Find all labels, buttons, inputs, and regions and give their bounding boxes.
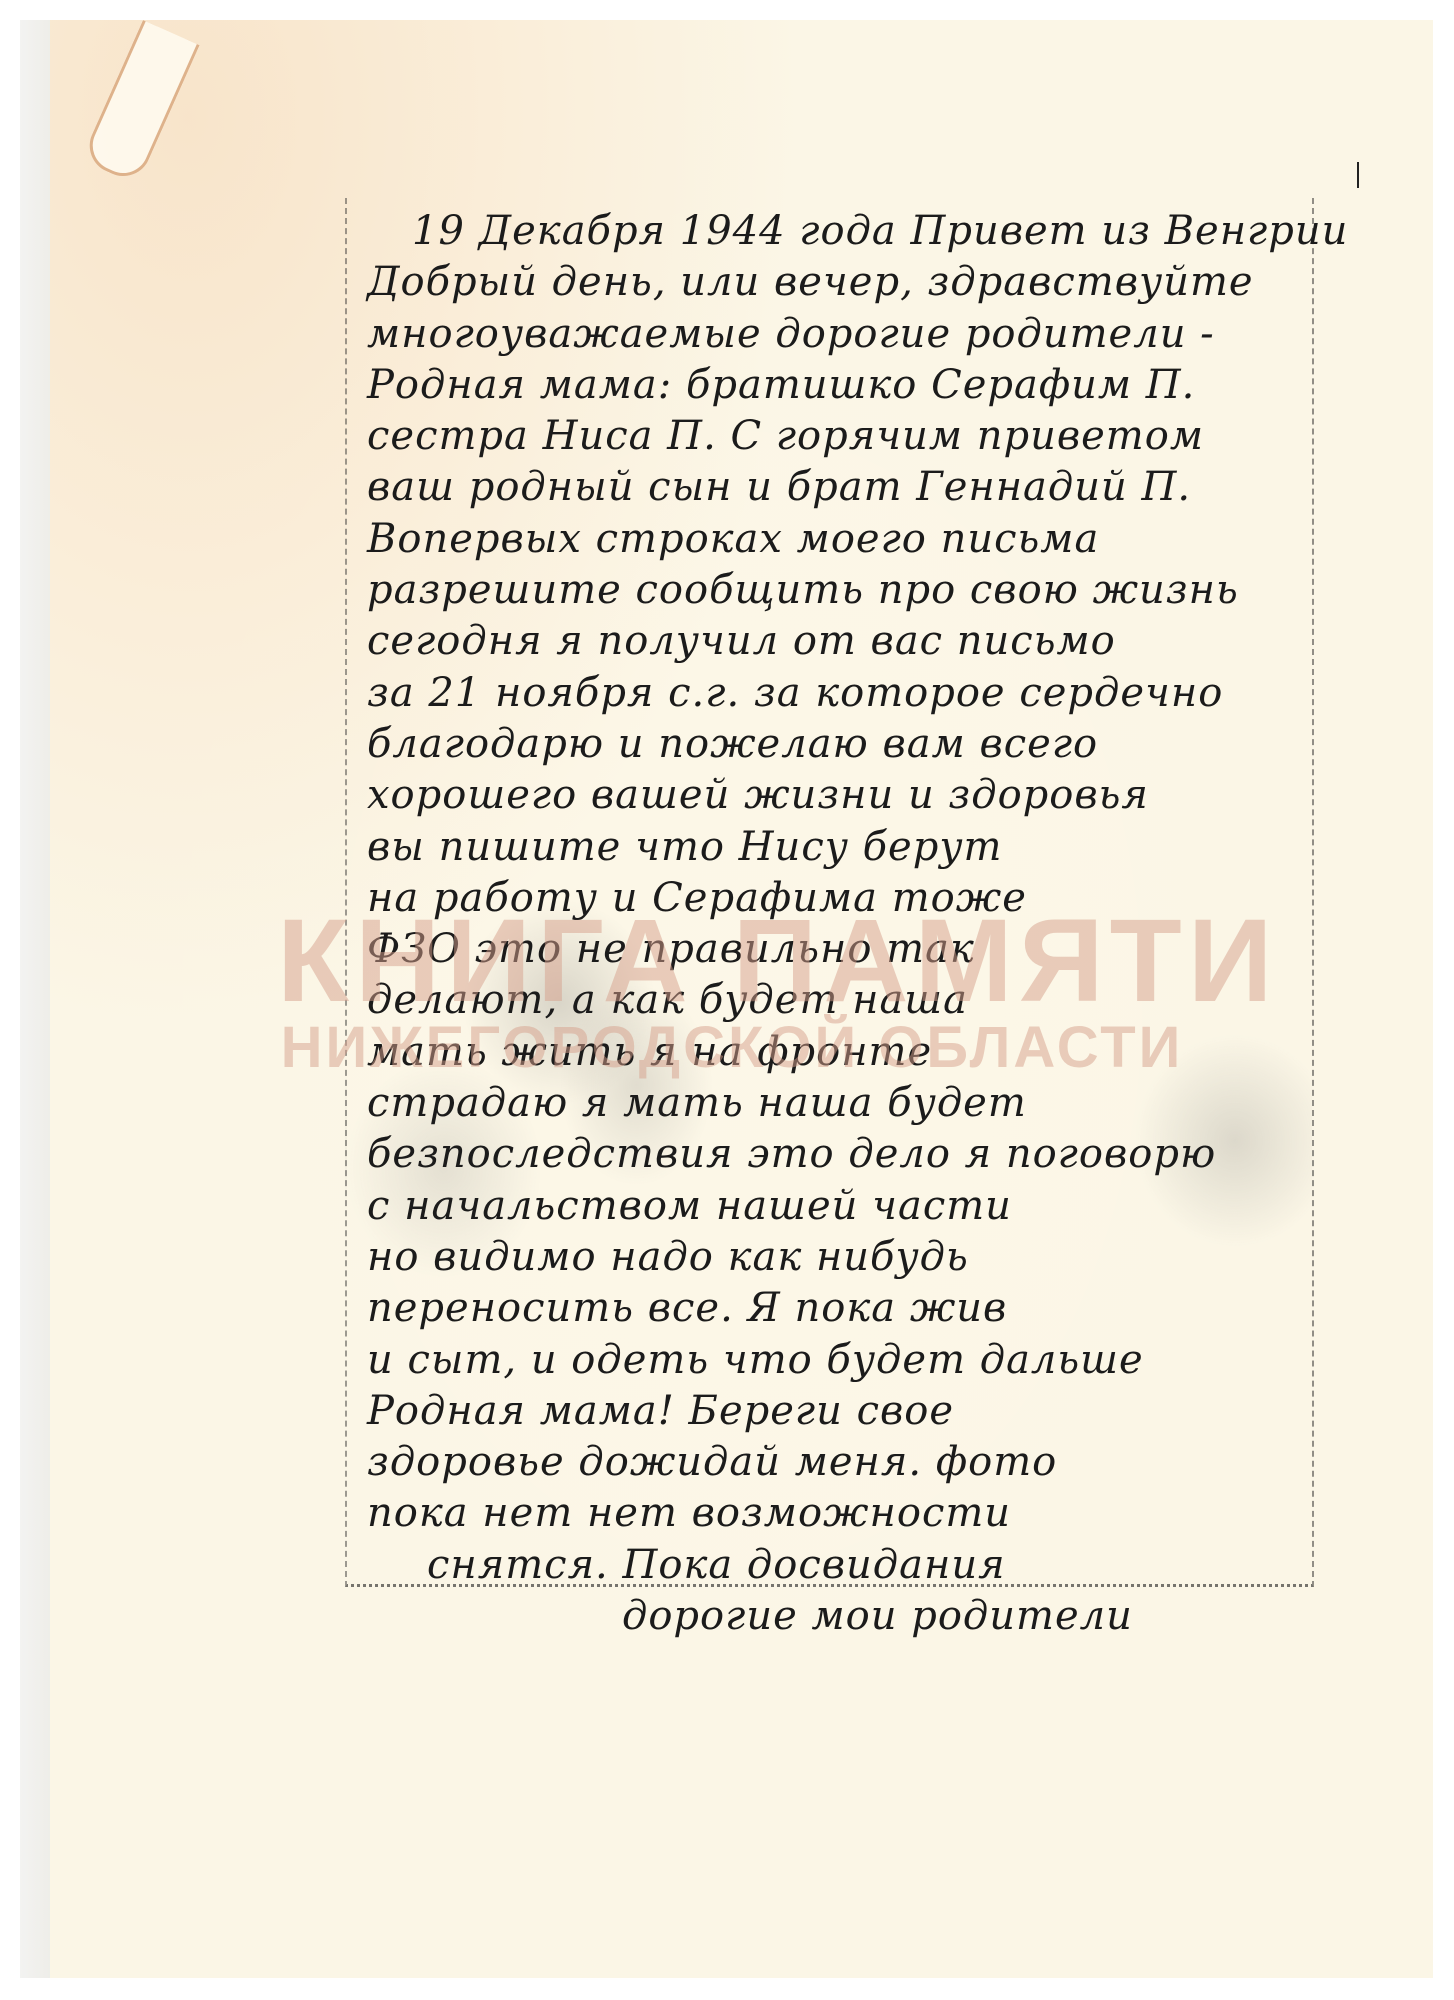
- letter-line: переносить все. Я пока жив: [367, 1283, 1304, 1334]
- handwritten-letter: 19 Декабря 1944 года Привет из Венгрии Д…: [345, 198, 1314, 1587]
- letter-line-signoff: дорогие мои родители: [367, 1591, 1304, 1642]
- letter-line: ваш родный сын и брат Геннадий П.: [367, 462, 1304, 513]
- letter-line: снятся. Пока досвидания: [367, 1540, 1304, 1591]
- letter-line: Добрый день, или вечер, здравствуйте: [367, 257, 1304, 308]
- letter-line: Родная мама: братишко Серафим П.: [367, 360, 1304, 411]
- scan-edge-shadow: [20, 20, 52, 1978]
- letter-line: хорошего вашей жизни и здоровья: [367, 770, 1304, 821]
- letter-line: Родная мама! Береги свое: [367, 1386, 1304, 1437]
- letter-lines: 19 Декабря 1944 года Привет из Венгрии Д…: [367, 206, 1304, 1642]
- letter-line: за 21 ноября с.г. за которое сердечно: [367, 668, 1304, 719]
- letter-line: и сыт, и одеть что будет дальше: [367, 1335, 1304, 1386]
- letter-line: на работу и Серафима тоже: [367, 873, 1304, 924]
- letter-line: безпоследствия это дело я поговорю: [367, 1129, 1304, 1180]
- letter-line: мать жить я на фронте: [367, 1027, 1304, 1078]
- letter-line-date: 19 Декабря 1944 года Привет из Венгрии: [367, 206, 1304, 257]
- letter-line: сегодня я получил от вас письмо: [367, 616, 1304, 667]
- letter-line: ФЗО это не правильно так: [367, 924, 1304, 975]
- letter-line: страдаю я мать наша будет: [367, 1078, 1304, 1129]
- letter-line: Вопервых строках моего письма: [367, 514, 1304, 565]
- letter-line: делают, а как будет наша: [367, 975, 1304, 1026]
- letter-line: здоровье дожидай меня. фото: [367, 1437, 1304, 1488]
- margin-tick-mark: [1357, 162, 1359, 188]
- letter-line: благодарю и пожелаю вам всего: [367, 719, 1304, 770]
- letter-line: многоуважаемые дорогие родители -: [367, 309, 1304, 360]
- letter-line: разрешите сообщить про свою жизнь: [367, 565, 1304, 616]
- letter-line: пока нет нет возможности: [367, 1488, 1304, 1539]
- letter-line: сестра Ниса П. С горячим приветом: [367, 411, 1304, 462]
- letter-line: но видимо надо как нибудь: [367, 1232, 1304, 1283]
- letter-line: вы пишите что Нису берут: [367, 822, 1304, 873]
- letter-line: с начальством нашей части: [367, 1181, 1304, 1232]
